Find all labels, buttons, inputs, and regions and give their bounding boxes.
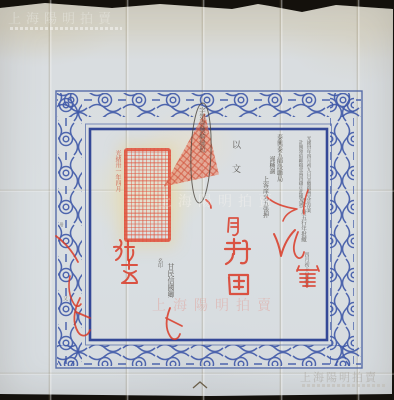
watermark-center-upper: 上海陽明拍賣: [158, 191, 278, 211]
watermark-center-lower: 上海陽明拍賣: [152, 295, 278, 315]
red-char-yue: [228, 218, 238, 235]
red-char-qi: [122, 260, 137, 283]
red-slash-tiny-columns: [304, 190, 308, 214]
red-char-chu: [114, 240, 134, 261]
red-paraph-bottom-left: [74, 298, 90, 336]
red-loop-flourish: [294, 232, 304, 258]
watermark-subline: [302, 384, 386, 387]
red-char-feng: [225, 239, 250, 264]
red-check-mark: [274, 230, 295, 256]
watermark-subline: [10, 27, 122, 30]
red-slash-left-margin: [56, 236, 78, 262]
watermark-top-left: 上海陽明拍賣: [8, 8, 116, 27]
red-char-gu: [229, 275, 248, 294]
crease-mark: [192, 381, 208, 389]
watermark-bottom-right: 上海陽明拍賣: [300, 369, 378, 385]
red-char-bao: [297, 266, 319, 287]
photograph-background: 光緒卅一年四月 字第壹號騎縫照 以文 光緒卅年四月初九日呈繳銀兩完訖存案 計開領…: [0, 0, 394, 400]
